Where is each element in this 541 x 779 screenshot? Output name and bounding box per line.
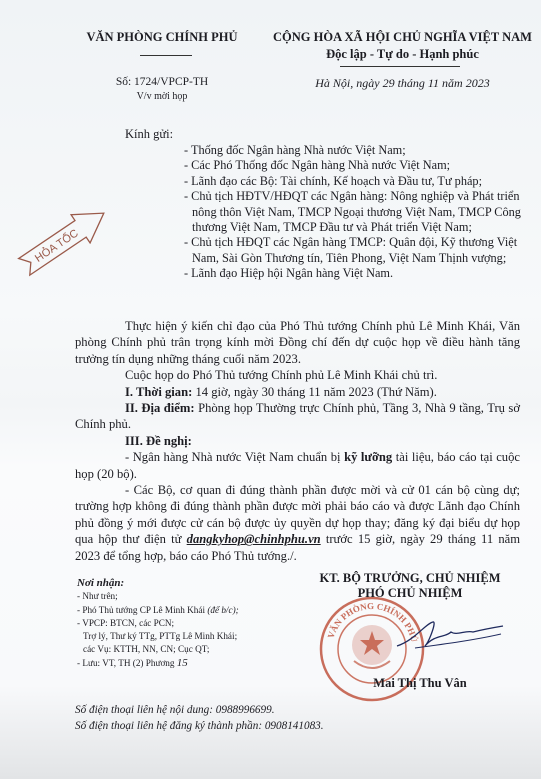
time-value: 14 giờ, ngày 30 tháng 11 năm 2023 (Thứ N…: [192, 385, 437, 399]
document-number: Số: 1724/VPCP-TH: [62, 76, 262, 88]
request-heading: III. Đề nghị:: [75, 433, 520, 449]
registration-contact-phone: Số điện thoại liên hệ đăng ký thành phần…: [75, 718, 324, 734]
distribution-list: Nơi nhận: - Như trên; - Phó Thủ tướng CP…: [77, 577, 239, 670]
recipient-item: - Lãnh đạo các Bộ: Tài chính, Kế hoạch v…: [184, 174, 524, 189]
distribution-item: Trợ lý, Thư ký TTg, PTTg Lê Minh Khái;: [77, 630, 239, 643]
signer-name: Mai Thị Thu Vân: [300, 676, 540, 691]
distribution-item: các Vụ: KTTH, NN, CN; Cục QT;: [77, 643, 239, 656]
recipient-item: - Chủ tịch HĐTV/HĐQT các Ngân hàng: Nông…: [184, 189, 524, 235]
recipient-item: - Chủ tịch HĐQT các Ngân hàng TMCP: Quân…: [184, 235, 524, 266]
request-item-2: - Các Bộ, cơ quan đi đúng thành phần đượ…: [75, 482, 520, 564]
chair-paragraph: Cuộc họp do Phó Thủ tướng Chính phủ Lê M…: [75, 367, 520, 383]
recipient-item: - Thống đốc Ngân hàng Nhà nước Việt Nam;: [184, 143, 524, 158]
distribution-item: - VPCP: BTCN, các PCN;: [77, 617, 239, 630]
intro-paragraph: Thực hiện ý kiến chỉ đạo của Phó Thủ tướ…: [75, 318, 520, 367]
time-label: I. Thời gian:: [125, 385, 192, 399]
distribution-title: Nơi nhận:: [77, 577, 239, 590]
national-title: CỘNG HÒA XÃ HỘI CHỦ NGHĨA VIỆT NAM: [270, 30, 535, 45]
content-contact-phone: Số điện thoại liên hệ nội dung: 09889966…: [75, 702, 324, 718]
national-motto: Độc lập - Tự do - Hạnh phúc: [270, 47, 535, 62]
distribution-text: - Phó Thủ tướng CP Lê Minh Khái: [77, 605, 205, 615]
time-paragraph: I. Thời gian: 14 giờ, ngày 30 tháng 11 n…: [75, 384, 520, 400]
header-left-rule: [140, 55, 192, 56]
distribution-item: - Như trên;: [77, 590, 239, 603]
distribution-item: - Lưu: VT, TH (2) Phương 15: [77, 657, 239, 670]
request-emphasis: kỹ lưỡng: [344, 450, 392, 464]
request-text: - Ngân hàng Nhà nước Việt Nam chuẩn bị: [125, 450, 344, 464]
distribution-note: (để b/c);: [205, 605, 239, 615]
place-label: II. Địa điểm:: [125, 401, 195, 415]
issuing-agency: VĂN PHÒNG CHÍNH PHỦ: [62, 30, 262, 45]
place-paragraph: II. Địa điểm: Phòng họp Thường trực Chín…: [75, 400, 520, 433]
distribution-item: - Phó Thủ tướng CP Lê Minh Khái (để b/c)…: [77, 604, 239, 617]
document-subject: V/v mời họp: [62, 91, 262, 102]
initials: 15: [177, 657, 188, 669]
handwritten-signature: [395, 620, 505, 650]
email-link[interactable]: dangkyhop@chinhphu.vn: [187, 532, 321, 546]
distribution-text: - Lưu: VT, TH (2) Phương: [77, 658, 175, 668]
letter-body: Thực hiện ý kiến chỉ đạo của Phó Thủ tướ…: [75, 318, 520, 564]
urgent-stamp: HỎA TỐC: [12, 197, 115, 283]
salutation: Kính gửi:: [125, 127, 173, 142]
request-label: III. Đề nghị:: [125, 434, 192, 448]
signature-subtitle: PHÓ CHỦ NHIỆM: [290, 586, 530, 601]
signature-icon: [395, 620, 505, 650]
recipient-item: - Lãnh đạo Hiệp hội Ngân hàng Việt Nam.: [184, 266, 524, 281]
request-item-1: - Ngân hàng Nhà nước Việt Nam chuẩn bị k…: [75, 449, 520, 482]
header-right-rule: [340, 66, 460, 67]
signature-title: KT. BỘ TRƯỞNG, CHỦ NHIỆM: [290, 571, 530, 586]
place-date: Hà Nội, ngày 29 tháng 11 năm 2023: [270, 76, 535, 91]
recipient-item: - Các Phó Thống đốc Ngân hàng Nhà nước V…: [184, 158, 524, 173]
recipient-list: - Thống đốc Ngân hàng Nhà nước Việt Nam;…: [184, 143, 524, 282]
contact-info: Số điện thoại liên hệ nội dung: 09889966…: [75, 702, 324, 734]
arrow-stamp-icon: HỎA TỐC: [12, 197, 115, 283]
